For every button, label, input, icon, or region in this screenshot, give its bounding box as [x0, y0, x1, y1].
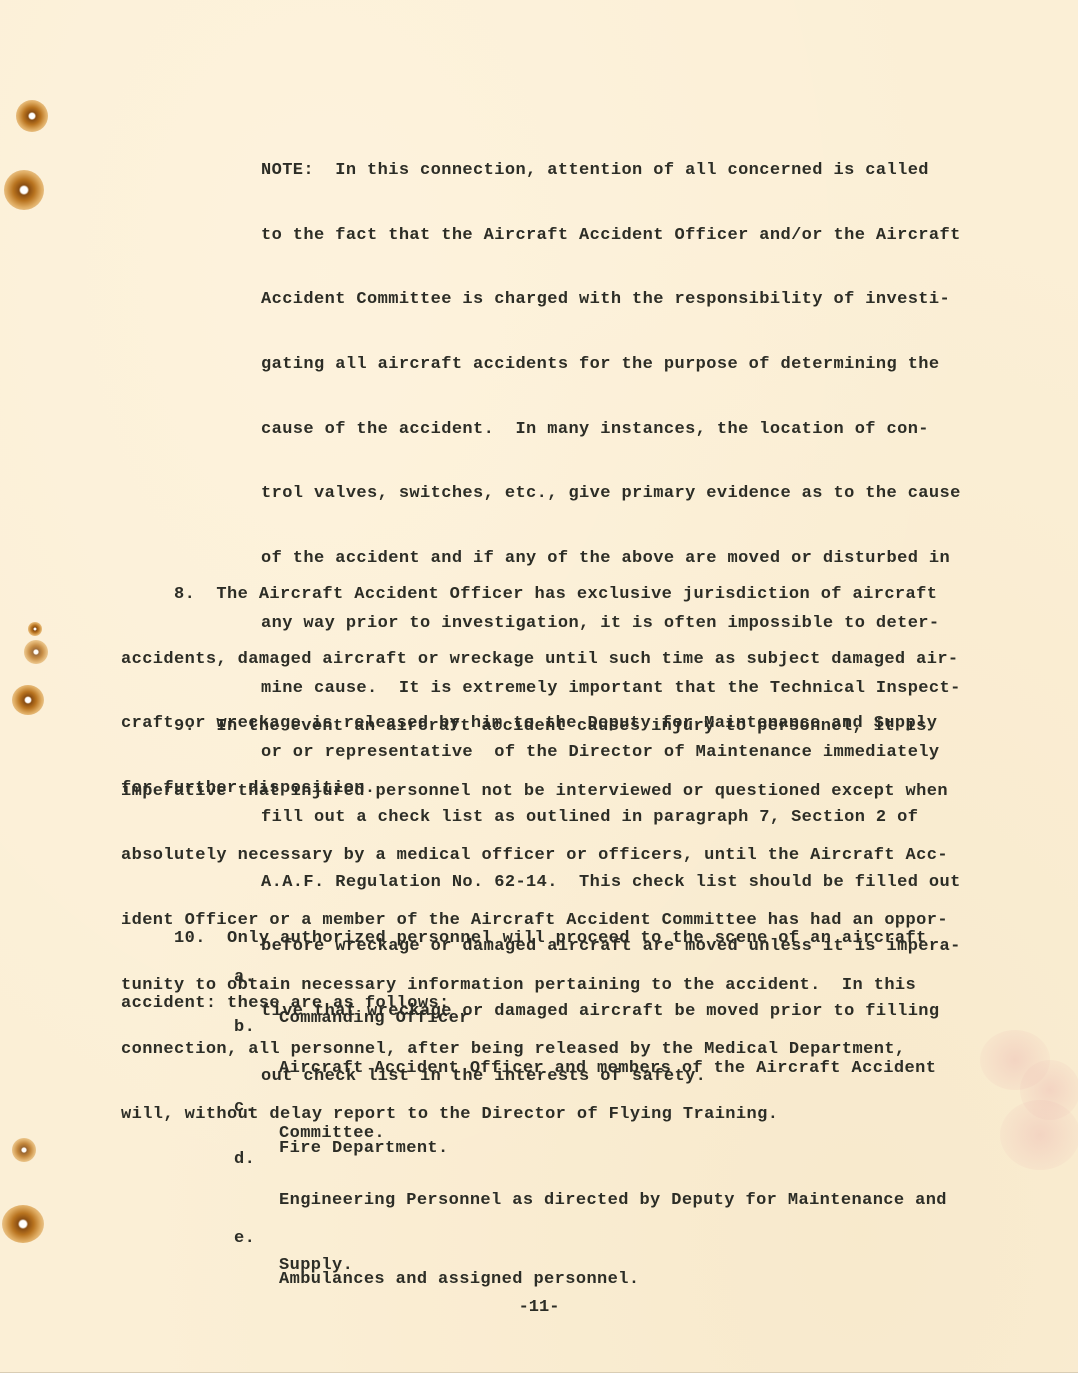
- punch-hole-icon: [4, 170, 44, 210]
- punch-hole-icon: [16, 100, 48, 132]
- paragraph-line: absolutely necessary by a medical office…: [121, 843, 948, 870]
- list-item: b. Aircraft Accident Officer and members…: [234, 1018, 276, 1094]
- document-page: NOTE: In this connection, attention of a…: [0, 0, 1078, 1373]
- list-item-letter: e.: [234, 1229, 255, 1248]
- list-item-line: Aircraft Accident Officer and members of…: [279, 1056, 936, 1083]
- list-item-line: Engineering Personnel as directed by Dep…: [279, 1188, 947, 1215]
- note-line: NOTE: In this connection, attention of a…: [261, 158, 961, 185]
- paragraph-line: 10. Only authorized personnel will proce…: [121, 926, 927, 953]
- list-item: e. Ambulances and assigned personnel.: [234, 1229, 276, 1305]
- note-line: gating all aircraft accidents for the pu…: [261, 352, 961, 379]
- note-line: cause of the accident. In many instances…: [261, 417, 961, 444]
- paper-stain: [1000, 1100, 1078, 1170]
- list-item-line: Ambulances and assigned personnel.: [279, 1267, 639, 1294]
- list-item: d. Engineering Personnel as directed by …: [234, 1150, 276, 1226]
- paragraph-line: imperative that injured personnel not be…: [121, 779, 948, 806]
- note-line: trol valves, switches, etc., give primar…: [261, 481, 961, 508]
- note-line: to the fact that the Aircraft Accident O…: [261, 223, 961, 250]
- paragraph-line: accidents, damaged aircraft or wreckage …: [121, 647, 959, 674]
- page-number: -11-: [0, 1298, 1078, 1317]
- punch-hole-icon: [28, 622, 42, 636]
- note-line: Accident Committee is charged with the r…: [261, 287, 961, 314]
- punch-hole-icon: [2, 1205, 44, 1243]
- punch-hole-icon: [12, 1138, 36, 1162]
- list-item-letter: c.: [234, 1098, 255, 1117]
- paragraph-line: 8. The Aircraft Accident Officer has exc…: [121, 582, 959, 609]
- punch-hole-icon: [12, 685, 44, 715]
- list-item-letter: d.: [234, 1150, 255, 1169]
- punch-hole-icon: [24, 640, 48, 664]
- list-item-letter: a.: [234, 968, 255, 987]
- list-item-letter: b.: [234, 1018, 255, 1037]
- paragraph-line: 9. In the event an aircraft accident cau…: [121, 714, 948, 741]
